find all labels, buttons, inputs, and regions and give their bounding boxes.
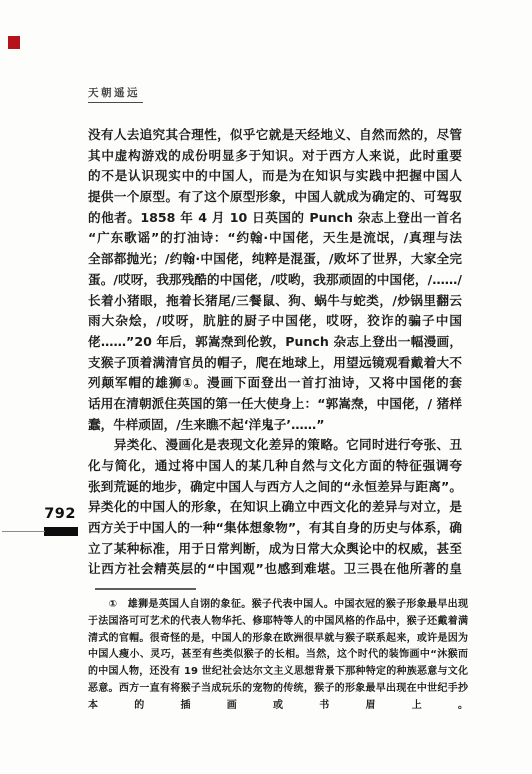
text-line: 清式的官帽。很奇怪的是，中国人的形象在欧洲很早就与猴子联系起来，或许是因为: [88, 631, 468, 648]
text-line: 化与简化，通过将中国人的某几种自然与文化方面的特征强调夸: [88, 456, 462, 477]
text-line: 提供一个原型。有了这个原型形象，中国人就成为确定的、可驾驭: [88, 187, 462, 208]
text-line: ① 雄狮是英国人自诩的象征。猴子代表中国人。中国衣冠的猴子形象最早出现: [88, 597, 468, 614]
text-line: 立了某种标准，用于日常判断，成为日常大众舆论中的权威，甚至: [88, 539, 462, 560]
text-line: 的他者。1858 年 4 月 10 日英国的 Punch 杂志上登出一首名叫: [88, 208, 462, 229]
running-header: 天朝遥远: [88, 85, 143, 103]
red-corner-mark: [8, 36, 20, 49]
text-line: 异类化的中国人的形象，在知识上确立中西文化的差异与对立，是: [88, 497, 462, 518]
text-line: 的不是认识现实中的中国人，而是为在知识与实践中把握中国人: [88, 166, 462, 187]
text-line: 蠢，牛样顽固，/生来瞧不起‘洋鬼子’……”: [88, 415, 462, 436]
page-number: 792: [44, 506, 76, 522]
page-number-rule: [2, 531, 45, 532]
text-line: 西方关于中国人的一种“集体想象物”，有其自身的历史与体系，确: [88, 518, 462, 539]
text-line: 全部都抛光；/约翰·中国佬，纯粹是混蛋，/败坏了世界，大家全完: [88, 249, 462, 270]
text-line: 没有人去追究其合理性，似乎它就是天经地义、自然而然的，尽管: [88, 125, 462, 146]
text-line: 异类化、漫画化是表现文化差异的策略。它同时进行夸张、丑: [88, 435, 462, 456]
text-line: 本的插画或书眉上。: [88, 698, 468, 715]
text-line: 长着小猪眼，拖着长猪尾/三餐鼠、狗、蜗牛与蛇类，/炒锅里翻云覆: [88, 291, 462, 312]
text-line: 佬……”20 年后，郭嵩焘到伦敦，Punch 杂志上登出一幅漫画，一: [88, 332, 462, 353]
scanned-book-page: 天朝遥远 没有人去追究其合理性，似乎它就是天经地义、自然而然的，尽管其中虚构游戏…: [0, 0, 532, 774]
text-line: 中国人瘦小、灵巧，甚至有些类似猴子的长相。当然，这个时代的装饰画中“沐猴而冠”: [88, 647, 468, 664]
page-number-bar: [44, 527, 78, 536]
text-line: 话用在清朝派住英国的第一任大使身上：“郭嵩焘，中国佬，/ 猪样: [88, 394, 462, 415]
text-line: 张到荒诞的地步，确定中国人与西方人之间的“永恒差异与距离”。: [88, 477, 462, 498]
text-line: 恶意。西方一直有将猴子当成玩乐的宠物的传统，猴子的形象最早出现在中世纪手抄: [88, 681, 468, 698]
text-line: 雨大杂烩，/哎呀，肮脏的厨子中国佬，哎呀，狡诈的骗子中国: [88, 311, 462, 332]
text-line: 的中国人物，还没有 19 世纪社会达尔文主义思想背景下那种特定的种族恶意与文化: [88, 664, 468, 681]
text-line: 支猴子顶着满清官员的帽子，爬在地球上，用望远镜观看戴着大不: [88, 353, 462, 374]
body-text: 没有人去追究其合理性，似乎它就是天经地义、自然而然的，尽管其中虚构游戏的成份明显…: [88, 125, 462, 580]
text-line: 列颠军帽的雄狮①。漫画下面登出一首打油诗，又将中国佬的套: [88, 373, 462, 394]
page-number-block: 792: [0, 506, 80, 540]
text-line: 让西方社会精英层的“中国观”也感到难堪。卫三畏在他所著的皇: [88, 559, 462, 580]
text-line: 蛋。/哎呀，我那残酷的中国佬，/哎哟，我那顽固的中国佬，/……/: [88, 270, 462, 291]
footnote-divider: [95, 588, 196, 590]
text-line: 其中虚构游戏的成份明显多于知识。对于西方人来说，此时重要: [88, 146, 462, 167]
text-line: “广东歌谣”的打油诗：“约翰·中国佬，天生是流氓，/真理与法律，: [88, 228, 462, 249]
footnote-text: ① 雄狮是英国人自诩的象征。猴子代表中国人。中国衣冠的猴子形象最早出现于法国洛可…: [88, 597, 468, 715]
text-line: 于法国洛可可艺术的代表人物华托、修耶特等人的中国风格的作品中，猴子还戴着满: [88, 614, 468, 631]
